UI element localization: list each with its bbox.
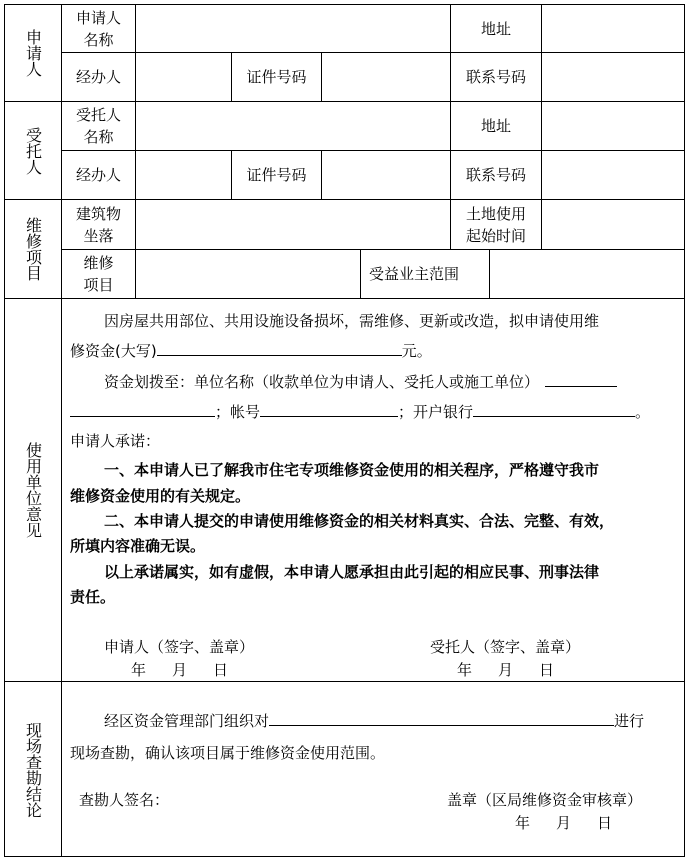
row-divider: [4, 681, 685, 682]
label-text: 证件号码: [246, 66, 306, 88]
inspection-target-blank[interactable]: [269, 710, 614, 726]
applicant-address-label: 地址: [451, 5, 541, 52]
inspection-prefix: 经区资金管理部门组织对: [104, 712, 269, 730]
land-use-start-field[interactable]: [542, 200, 684, 249]
beneficiary-scope-label: 受益业主范围: [361, 250, 489, 298]
payee-blank-cont[interactable]: [70, 401, 215, 417]
trustee-phone-field[interactable]: [542, 151, 684, 199]
applicant-phone-label: 联系号码: [451, 53, 541, 101]
inspector-signature-label[interactable]: 查勘人签名：: [79, 789, 169, 810]
inspection-date[interactable]: 年月日: [515, 812, 612, 833]
applicant-address-field[interactable]: [542, 5, 684, 52]
repair-item-label: 维修 项目: [62, 250, 135, 298]
label-text: 地址: [481, 18, 511, 40]
applicant-name-label: 申请人 名称: [62, 5, 135, 52]
date-year: 年: [457, 661, 472, 679]
trustee-address-field[interactable]: [542, 102, 684, 150]
applicant-name-field[interactable]: [136, 5, 450, 52]
trustee-handler-field[interactable]: [136, 151, 231, 199]
opinion-para2-line2: ；帐号；开户银行。: [70, 401, 650, 422]
label-line: 申请人: [76, 7, 121, 29]
bank-blank[interactable]: [473, 401, 635, 417]
applicant-handler-field[interactable]: [136, 53, 231, 101]
amount-blank[interactable]: [157, 340, 402, 356]
date-day: 日: [597, 814, 612, 832]
trustee-handler-label: 经办人: [62, 151, 135, 199]
date-month: 月: [498, 661, 513, 679]
table-border-right: [684, 4, 685, 857]
building-location-label: 建筑物 坐落: [62, 200, 135, 249]
trustee-name-label: 受托人 名称: [62, 102, 135, 150]
district-stamp-label[interactable]: 盖章（区局维修资金审核章）: [447, 789, 642, 810]
applicant-date[interactable]: 年月日: [131, 659, 228, 680]
label-line: 受托人: [76, 104, 121, 126]
payee-blank[interactable]: [545, 371, 617, 387]
yuan-label: 元。: [402, 342, 432, 360]
row-divider: [4, 298, 685, 299]
label-text: 经办人: [76, 164, 121, 186]
trustee-id-field[interactable]: [322, 151, 450, 199]
opinion-section-text: 使用单位意见: [24, 442, 43, 538]
payee-label: 资金划拨至：单位名称（收款单位为申请人、受托人或施工单位）: [104, 373, 539, 391]
repair-item-field[interactable]: [136, 250, 360, 298]
date-day: 日: [213, 661, 228, 679]
beneficiary-scope-field[interactable]: [490, 250, 684, 298]
applicant-phone-field[interactable]: [542, 53, 684, 101]
amount-label: 修资金(大写): [70, 342, 157, 360]
label-line: 起始时间: [466, 225, 526, 247]
account-blank[interactable]: [260, 401, 398, 417]
label-line: 土地使用: [466, 203, 526, 225]
label-text: 受益业主范围: [369, 263, 459, 285]
table-border-bottom: [4, 856, 685, 857]
trustee-section-label: 受托人: [5, 102, 61, 199]
applicant-signature-label[interactable]: 申请人（签字、盖章）: [104, 636, 254, 657]
applicant-id-field[interactable]: [322, 53, 450, 101]
applicant-section-label: 申请人: [5, 5, 61, 101]
account-label: ；帐号: [215, 403, 260, 421]
opinion-para1-line2: 修资金(大写)元。: [70, 340, 432, 361]
inspection-line1: 经区资金管理部门组织对进行: [104, 710, 644, 731]
label-text: 联系号码: [466, 66, 526, 88]
date-year: 年: [515, 814, 530, 832]
applicant-section-text: 申请人: [24, 29, 43, 77]
label-line: 名称: [83, 126, 113, 148]
period: 。: [635, 403, 650, 421]
pledge1-line1: 一、本申请人已了解我市住宅专项维修资金使用的相关程序，严格遵守我市: [104, 459, 599, 480]
label-line: 名称: [83, 29, 113, 51]
project-section-text: 维修项目: [24, 217, 43, 281]
date-year: 年: [131, 661, 146, 679]
label-text: 联系号码: [466, 164, 526, 186]
pledge3-line2: 责任。: [70, 586, 115, 607]
date-month: 月: [172, 661, 187, 679]
trustee-signature-label[interactable]: 受托人（签字、盖章）: [430, 636, 580, 657]
date-month: 月: [556, 814, 571, 832]
label-text: 地址: [481, 115, 511, 137]
bank-label: ；开户银行: [398, 403, 473, 421]
pledge3-line1: 以上承诺属实，如有虚假，本申请人愿承担由此引起的相应民事、刑事法律: [104, 561, 599, 582]
opinion-section-label: 使用单位意见: [5, 420, 61, 560]
inspection-suffix: 进行: [614, 712, 644, 730]
label-line: 建筑物: [76, 203, 121, 225]
label-line: 项目: [83, 274, 113, 296]
pledge1-line2: 维修资金使用的有关规定。: [70, 485, 250, 506]
pledge2-line2: 所填内容准确无误。: [70, 535, 205, 556]
opinion-para2-line1: 资金划拨至：单位名称（收款单位为申请人、受托人或施工单位）: [104, 371, 617, 392]
land-use-start-label: 土地使用 起始时间: [451, 200, 541, 249]
trustee-name-field[interactable]: [136, 102, 450, 150]
applicant-id-label: 证件号码: [232, 53, 321, 101]
building-location-field[interactable]: [136, 200, 450, 249]
inspection-line2: 现场查勘，确认该项目属于维修资金使用范围。: [70, 742, 385, 763]
label-line: 维修: [83, 252, 113, 274]
trustee-phone-label: 联系号码: [451, 151, 541, 199]
date-day: 日: [539, 661, 554, 679]
applicant-handler-label: 经办人: [62, 53, 135, 101]
inspection-section-label: 现场查勘结论: [5, 700, 61, 840]
trustee-id-label: 证件号码: [232, 151, 321, 199]
pledge2-line1: 二、本申请人提交的申请使用维修资金的相关材料真实、合法、完整、有效，: [104, 510, 614, 531]
label-text: 证件号码: [246, 164, 306, 186]
label-line: 坐落: [83, 225, 113, 247]
opinion-para1-line1: 因房屋共用部位、共用设施设备损坏，需维修、更新或改造，拟申请使用维: [104, 310, 599, 331]
inspection-section-text: 现场查勘结论: [24, 722, 43, 818]
project-section-label: 维修项目: [5, 200, 61, 298]
label-text: 经办人: [76, 66, 121, 88]
trustee-section-text: 受托人: [24, 127, 43, 175]
trustee-date[interactable]: 年月日: [457, 659, 554, 680]
trustee-address-label: 地址: [451, 102, 541, 150]
pledge-title: 申请人承诺：: [70, 430, 160, 451]
